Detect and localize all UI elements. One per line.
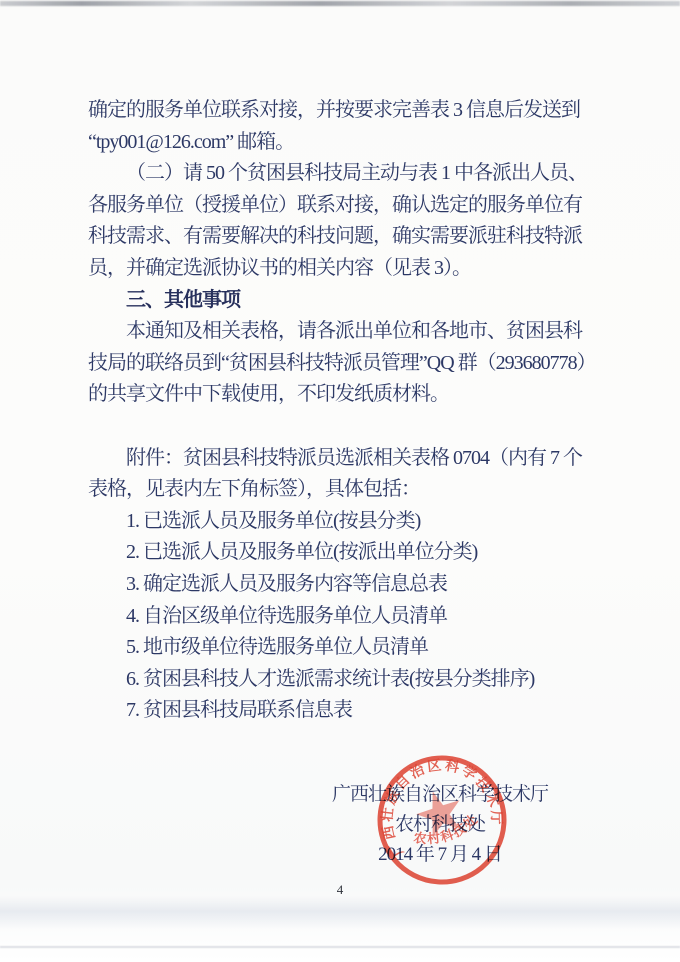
page-number: 4 — [0, 882, 680, 898]
text-line: 3. 确定选派人员及服务内容等信息总表 — [88, 569, 648, 601]
text-line: 的共享文件中下载使用，不印发纸质材料。 — [88, 379, 648, 411]
text-line — [88, 411, 648, 443]
text-line: 5. 地市级单位待选服务单位人员清单 — [88, 632, 648, 664]
text-line: 本通知及相关表格，请各派出单位和各地市、贫困县科 — [88, 316, 648, 348]
text-line: 表格，见表内左下角标签），具体包括： — [88, 474, 648, 506]
text-line: 技局的联络员到“贫困县科技特派员管理”QQ 群（293680778） — [88, 348, 648, 380]
text-line: 4. 自治区级单位待选服务单位人员清单 — [88, 601, 648, 633]
official-seal-stamp: 广西壮族自治区科学技术厅 农村科技处 — [356, 734, 527, 905]
text-line: 1. 已选派人员及服务单位(按县分类) — [88, 506, 648, 538]
text-line: （二）请 50 个贫困县科技局主动与表 1 中各派出人员、 — [88, 158, 648, 190]
text-line: 7. 贫困县科技局联系信息表 — [88, 695, 648, 727]
scan-artifact-bottom-band — [0, 896, 680, 930]
text-line: 科技需求、有需要解决的科技问题，确实需要派驻科技特派 — [88, 221, 648, 253]
scan-artifact-bottom-line — [0, 946, 680, 948]
scan-artifact-top-edge — [0, 1, 680, 6]
text-line: 确定的服务单位联系对接，并按要求完善表 3 信息后发送到 — [88, 95, 648, 127]
text-line: 员，并确定选派协议书的相关内容（见表 3）。 — [88, 253, 648, 285]
document-page: 确定的服务单位联系对接，并按要求完善表 3 信息后发送到“tpy001@126.… — [0, 0, 680, 962]
text-line: 2. 已选派人员及服务单位(按派出单位分类) — [88, 537, 648, 569]
text-line: 6. 贫困县科技人才选派需求统计表(按县分类排序) — [88, 664, 648, 696]
document-body: 确定的服务单位联系对接，并按要求完善表 3 信息后发送到“tpy001@126.… — [88, 95, 648, 727]
text-line: 三、其他事项 — [88, 285, 648, 317]
text-line: 各服务单位（授援单位）联系对接，确认选定的服务单位有 — [88, 190, 648, 222]
text-line: 附件：贫困县科技特派员选派相关表格 0704（内有 7 个 — [88, 443, 648, 475]
text-line: “tpy001@126.com” 邮箱。 — [88, 127, 648, 159]
